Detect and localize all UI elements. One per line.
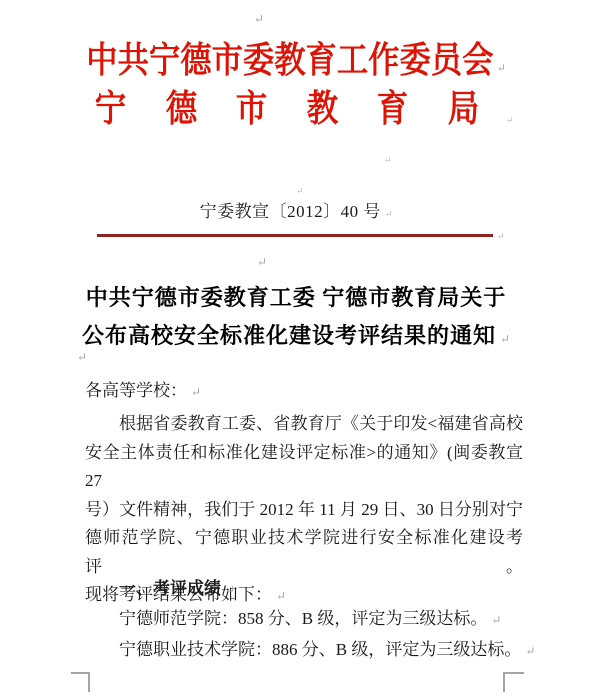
result-line-text: 宁德师范学院：858 分、B 级，评定为三级达标。	[119, 609, 487, 628]
paragraph-mark-icon: ↵	[525, 644, 535, 659]
paragraph-mark-icon: ↵	[254, 13, 264, 25]
paragraph-mark-icon: ↵	[225, 583, 235, 598]
section-heading: 一、考评成绩↵	[119, 574, 235, 599]
paragraph-mark-icon: ↵	[77, 351, 87, 363]
document-number: 宁委教宣〔2012〕40 号↵	[0, 197, 592, 222]
salutation: 各高等学校：↵	[85, 376, 201, 401]
letterhead-org-line1-text: 中共宁德市委教育工作委员会	[86, 40, 493, 80]
letterhead-char: 市	[236, 89, 267, 131]
letterhead-char: 局	[448, 89, 479, 131]
document-title: 中共宁德市委教育工委 宁德市教育局关于 公布高校安全标准化建设考评结果的通知↵	[0, 279, 592, 358]
paragraph-mark-icon: ↵	[506, 114, 514, 126]
paragraph-mark-icon: ↵	[296, 185, 304, 197]
paragraph-mark-icon: ↵	[191, 385, 201, 400]
title-line-2: 公布高校安全标准化建设考评结果的通知↵	[0, 317, 592, 358]
document-page: ↵ 中共宁德市委教育工作委员会↵ 宁德市教育局 ↵ ↵ ↵ 宁委教宣〔2012〕…	[0, 0, 592, 694]
title-line-2-text: 公布高校安全标准化建设考评结果的通知	[82, 323, 496, 348]
letterhead-org-line1: 中共宁德市委教育工作委员会↵	[38, 40, 553, 88]
red-separator-rule	[97, 234, 493, 237]
letterhead-char: 宁	[95, 89, 126, 131]
paragraph-line: 根据省委教育工委、省教育厅《关于印发<福建省高校	[85, 410, 523, 439]
paragraph-mark-icon: ↵	[500, 320, 510, 358]
paragraph-mark-icon: ↵	[384, 154, 392, 166]
result-line: 宁德职业技术学院：886 分、B 级，评定为三级达标。↵	[119, 635, 535, 660]
paragraph-line: 德师范学院、宁德职业技术学院进行安全标准化建设考评。	[85, 524, 523, 581]
paragraph-line: 安全主体责任和标准化建设评定标准>的通知》(闽委教宣 27	[85, 439, 523, 496]
letterhead-char: 德	[165, 89, 196, 131]
paragraph-mark-icon: ↵	[257, 256, 267, 268]
section-heading-text: 一、考评成绩	[119, 579, 221, 598]
paragraph-mark-icon: ↵	[497, 230, 505, 242]
result-line: 宁德师范学院：858 分、B 级，评定为三级达标。↵	[119, 604, 501, 629]
paragraph-mark-icon: ↵	[491, 613, 501, 628]
letterhead-char: 育	[377, 89, 408, 131]
paragraph-mark-icon: ↵	[385, 209, 393, 220]
paragraph-mark-icon: ↵	[497, 48, 506, 88]
text-boundary-corner-mark	[503, 672, 524, 692]
title-line-1-text: 中共宁德市委教育工委 宁德市教育局关于	[86, 285, 507, 310]
text-boundary-corner-mark	[71, 672, 90, 692]
letterhead-char: 教	[307, 89, 338, 131]
title-line-1: 中共宁德市委教育工委 宁德市教育局关于	[0, 279, 592, 317]
salutation-text: 各高等学校：	[85, 381, 187, 400]
letterhead-org-line2: 宁德市教育局	[92, 89, 482, 131]
document-number-text: 宁委教宣〔2012〕40 号	[200, 202, 381, 221]
paragraph-line: 号）文件精神，我们于 2012 年 11 月 29 日、30 日分别对宁	[85, 496, 523, 525]
result-line-text: 宁德职业技术学院：886 分、B 级，评定为三级达标。	[119, 640, 521, 659]
